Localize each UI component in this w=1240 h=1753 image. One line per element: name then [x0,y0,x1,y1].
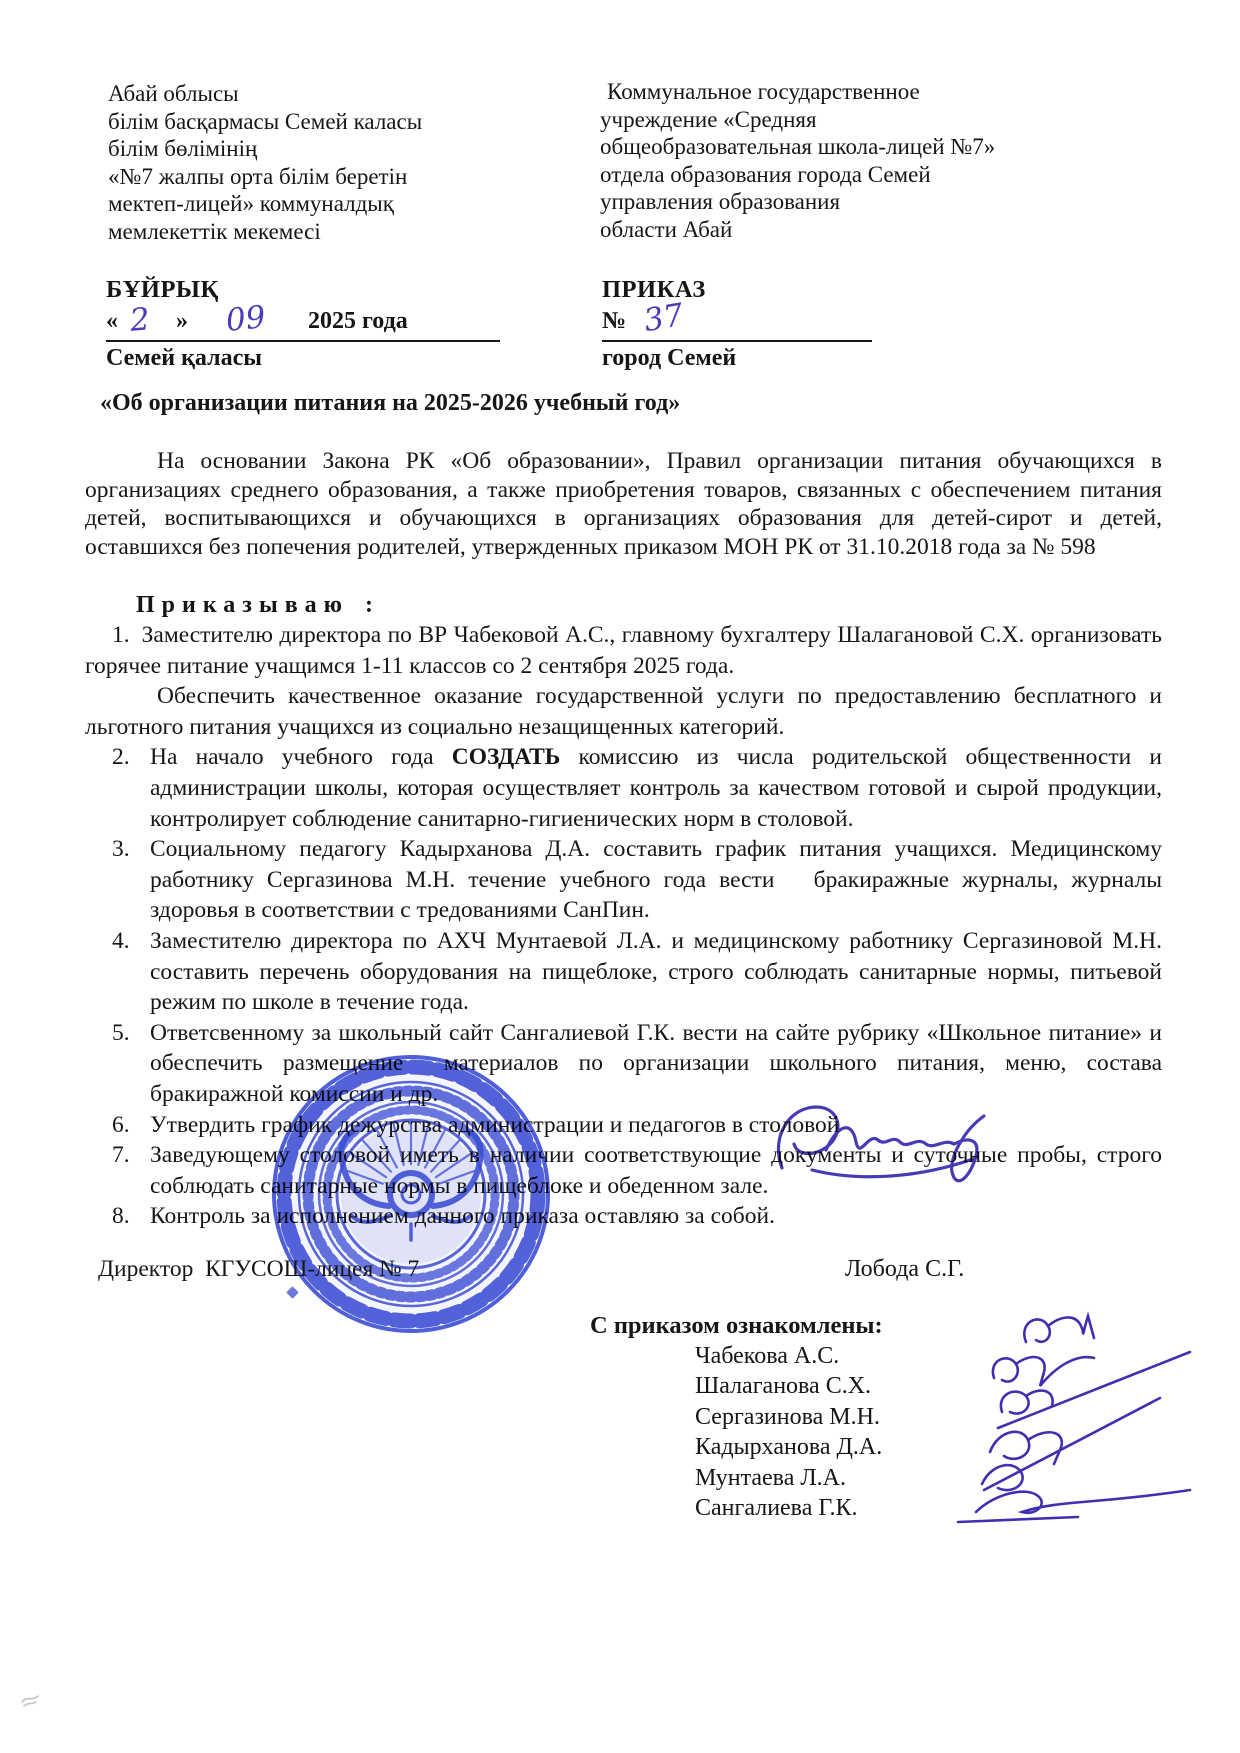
letterhead-line: Коммунальное государственное [600,78,1180,106]
acknowledgment-heading: С приказом ознакомлены: [590,1312,883,1340]
order-city-kazakh: Семей қаласы [106,345,500,372]
number-sign: № [602,308,626,335]
item-text: На начало учебного года [150,744,452,770]
quote-open: « [106,308,118,335]
directive-subparagraph: Обеспечить качественное оказание государ… [85,681,1162,742]
quote-close: » [176,308,188,335]
order-city-russian: город Семей [602,345,872,372]
letterhead-kazakh: Абай облысы білім басқармасы Семей калас… [108,80,588,245]
handwritten-number: 37 [641,297,686,339]
ink-dot [286,1286,299,1299]
item-number: 5. [112,1018,130,1049]
handwritten-day: 2 [128,301,151,339]
acknowledgment-name: Сергазинова М.Н. [695,1402,882,1432]
directive-item: 4.Заместителю директора по АХЧ Мунтаевой… [112,926,1162,1018]
director-name: Лобода С.Г. [845,1256,964,1283]
letterhead-line: білім бөлімінің [108,135,588,163]
letterhead-line: управления образования [600,188,1180,216]
director-signature [768,1084,1078,1214]
order-number-line: № 37 [602,306,872,342]
item-number: 6. [112,1110,130,1141]
letterhead-line: білім басқармасы Семей каласы [108,108,588,136]
acknowledgment-names: Чабекова А.С. Шалаганова С.Х. Сергазинов… [695,1341,882,1523]
acknowledgment-name: Шалаганова С.Х. [695,1371,882,1401]
order-title-russian: ПРИКАЗ [602,276,872,304]
letterhead-line: Абай облысы [108,80,588,108]
letterhead-line: мектеп-лицей» коммуналдық [108,190,588,218]
acknowledgment-name: Чабекова А.С. [695,1341,882,1371]
item-number: 3. [112,834,130,865]
acknowledgment-name: Сангалиева Г.К. [695,1493,882,1523]
item-number: 8. [112,1201,130,1232]
item-number: 7. [112,1140,130,1171]
letterhead-russian: Коммунальное государственное учреждение … [600,78,1180,243]
item-text: Заместителю директора по ВР Чабековой А.… [85,622,1162,679]
stray-pen-mark [20,1690,46,1708]
directive-item: 1.Заместителю директора по ВР Чабековой … [85,620,1162,681]
letterhead-line: учреждение «Средняя [600,106,1180,134]
handwritten-month: 09 [224,299,267,339]
letterhead-line: «№7 жалпы орта білім беретін [108,163,588,191]
acknowledgment-name: Мунтаева Л.А. [695,1463,882,1493]
item-text-bold: СОЗДАТЬ [452,744,561,770]
signature-scribble [958,1517,1078,1522]
letterhead-line: мемлекеттік мекемесі [108,218,588,246]
letterhead-line: отдела образования города Семей [600,161,1180,189]
official-round-stamp [268,1048,554,1340]
letterhead-line: общеобразовательная школа-лицей №7» [600,133,1180,161]
item-number: 2. [112,742,130,773]
directive-item: 2.На начало учебного года СОЗДАТЬ комисс… [112,742,1162,834]
acknowledgment-name: Кадырханова Д.А. [695,1432,882,1462]
item-text: Социальному педагогу Кадырханова Д.А. со… [150,836,1162,923]
order-year: 2025 года [308,308,408,335]
scanned-order-document: Абай облысы білім басқармасы Семей калас… [0,0,1240,1753]
signature-scribble [998,1352,1190,1428]
directive-item: 3.Социальному педагогу Кадырханова Д.А. … [112,834,1162,926]
order-block-kazakh: БҰЙРЫҚ « 2 » 09 2025 года Семей қаласы [106,276,500,372]
order-title-kazakh: БҰЙРЫҚ [106,276,500,304]
signature-scribble [993,1357,1094,1386]
letterhead-line: области Абай [600,216,1180,244]
order-subject: «Об организации питания на 2025-2026 уче… [100,390,680,417]
order-block-russian: ПРИКАЗ № 37 город Семей [602,276,872,372]
order-date-line: « 2 » 09 2025 года [106,306,500,342]
resolve-heading: Приказываю : [136,592,380,619]
preamble-paragraph: На основании Закона РК «Об образовании»,… [85,447,1162,561]
signature-scribble [990,1432,1062,1464]
item-number: 1. [112,622,130,648]
item-number: 4. [112,926,130,957]
acknowledgment-signatures [898,1294,1208,1534]
director-label: Директор КГУСОШ-лицея № 7 [98,1256,419,1283]
signature-scribble [982,1465,1023,1490]
signature-scribble [1024,1316,1094,1342]
signature-scribble [976,1490,1190,1513]
item-text: Заместителю директора по АХЧ Мунтаевой Л… [150,928,1162,1015]
